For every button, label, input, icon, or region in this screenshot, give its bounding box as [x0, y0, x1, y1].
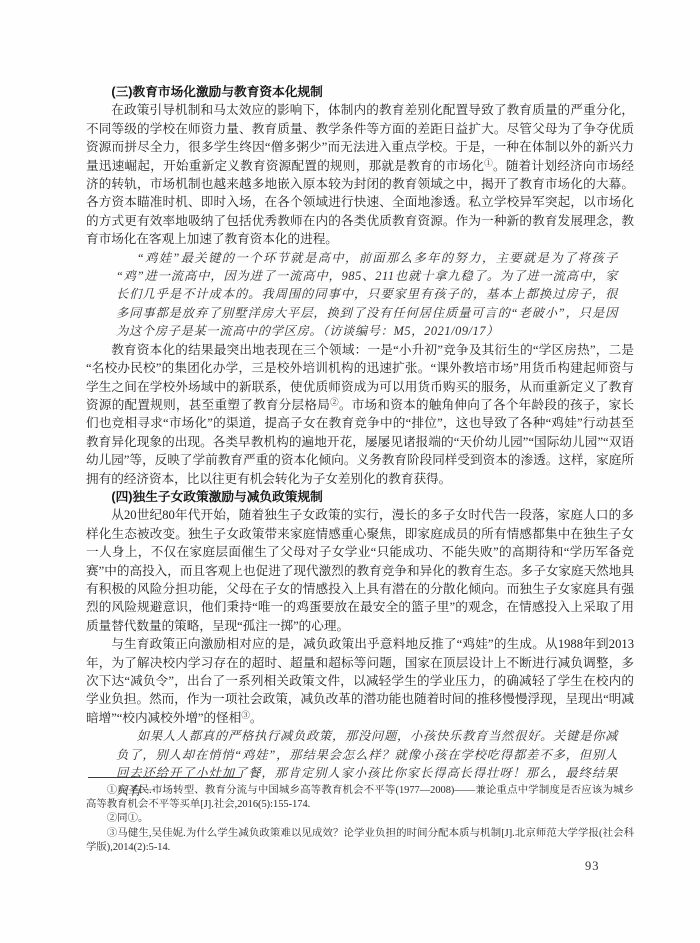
document-page: (三)教育市场化激励与教育资本化规制 在政策引导机制和马太效应的影响下，体制内的…	[0, 0, 700, 943]
footnote-1: ①庞圣民.市场转型、教育分流与中国城乡高等教育机会不平等(1977—2008)—…	[86, 784, 634, 812]
page-number: 93	[585, 859, 600, 874]
paragraph-market-1: 在政策引导机制和马太效应的影响下，体制内的教育差别化配置导致了教育质量的严重分化…	[86, 101, 634, 248]
paragraph-policy-1: 从20世纪80年代开始，随着独生子女政策的实行，漫长的多子女时代告一段落，家庭人…	[86, 506, 634, 635]
paragraph-policy-2: 与生育政策正向激励相对应的是，减负政策出乎意料地反推了“鸡娃”的生成。从1988…	[86, 635, 634, 727]
main-text-column: (三)教育市场化激励与教育资本化规制 在政策引导机制和马太效应的影响下，体制内的…	[86, 83, 634, 801]
section-heading-market: (三)教育市场化激励与教育资本化规制	[86, 83, 634, 101]
paragraph-market-2: 教育资本化的结果最突出地表现在三个领域：一是“小升初”竞争及其衍生的“学区房热”…	[86, 341, 634, 488]
footnote-3: ③马健生,吴佳妮.为什么学生减负政策难以见成效？论学业负担的时间分配本质与机制[…	[86, 827, 634, 855]
footnote-area: ①庞圣民.市场转型、教育分流与中国城乡高等教育机会不平等(1977—2008)—…	[86, 777, 634, 855]
interview-quote-1: “鸡娃”最关键的一个环节就是高中，前面那么多年的努力，主要就是为了将孩子“鸡”进…	[116, 249, 618, 341]
footnote-separator	[88, 777, 240, 778]
footnote-2: ②同①。	[86, 812, 634, 826]
section-heading-onechild: (四)独生子女政策激励与减负政策规制	[86, 488, 634, 506]
